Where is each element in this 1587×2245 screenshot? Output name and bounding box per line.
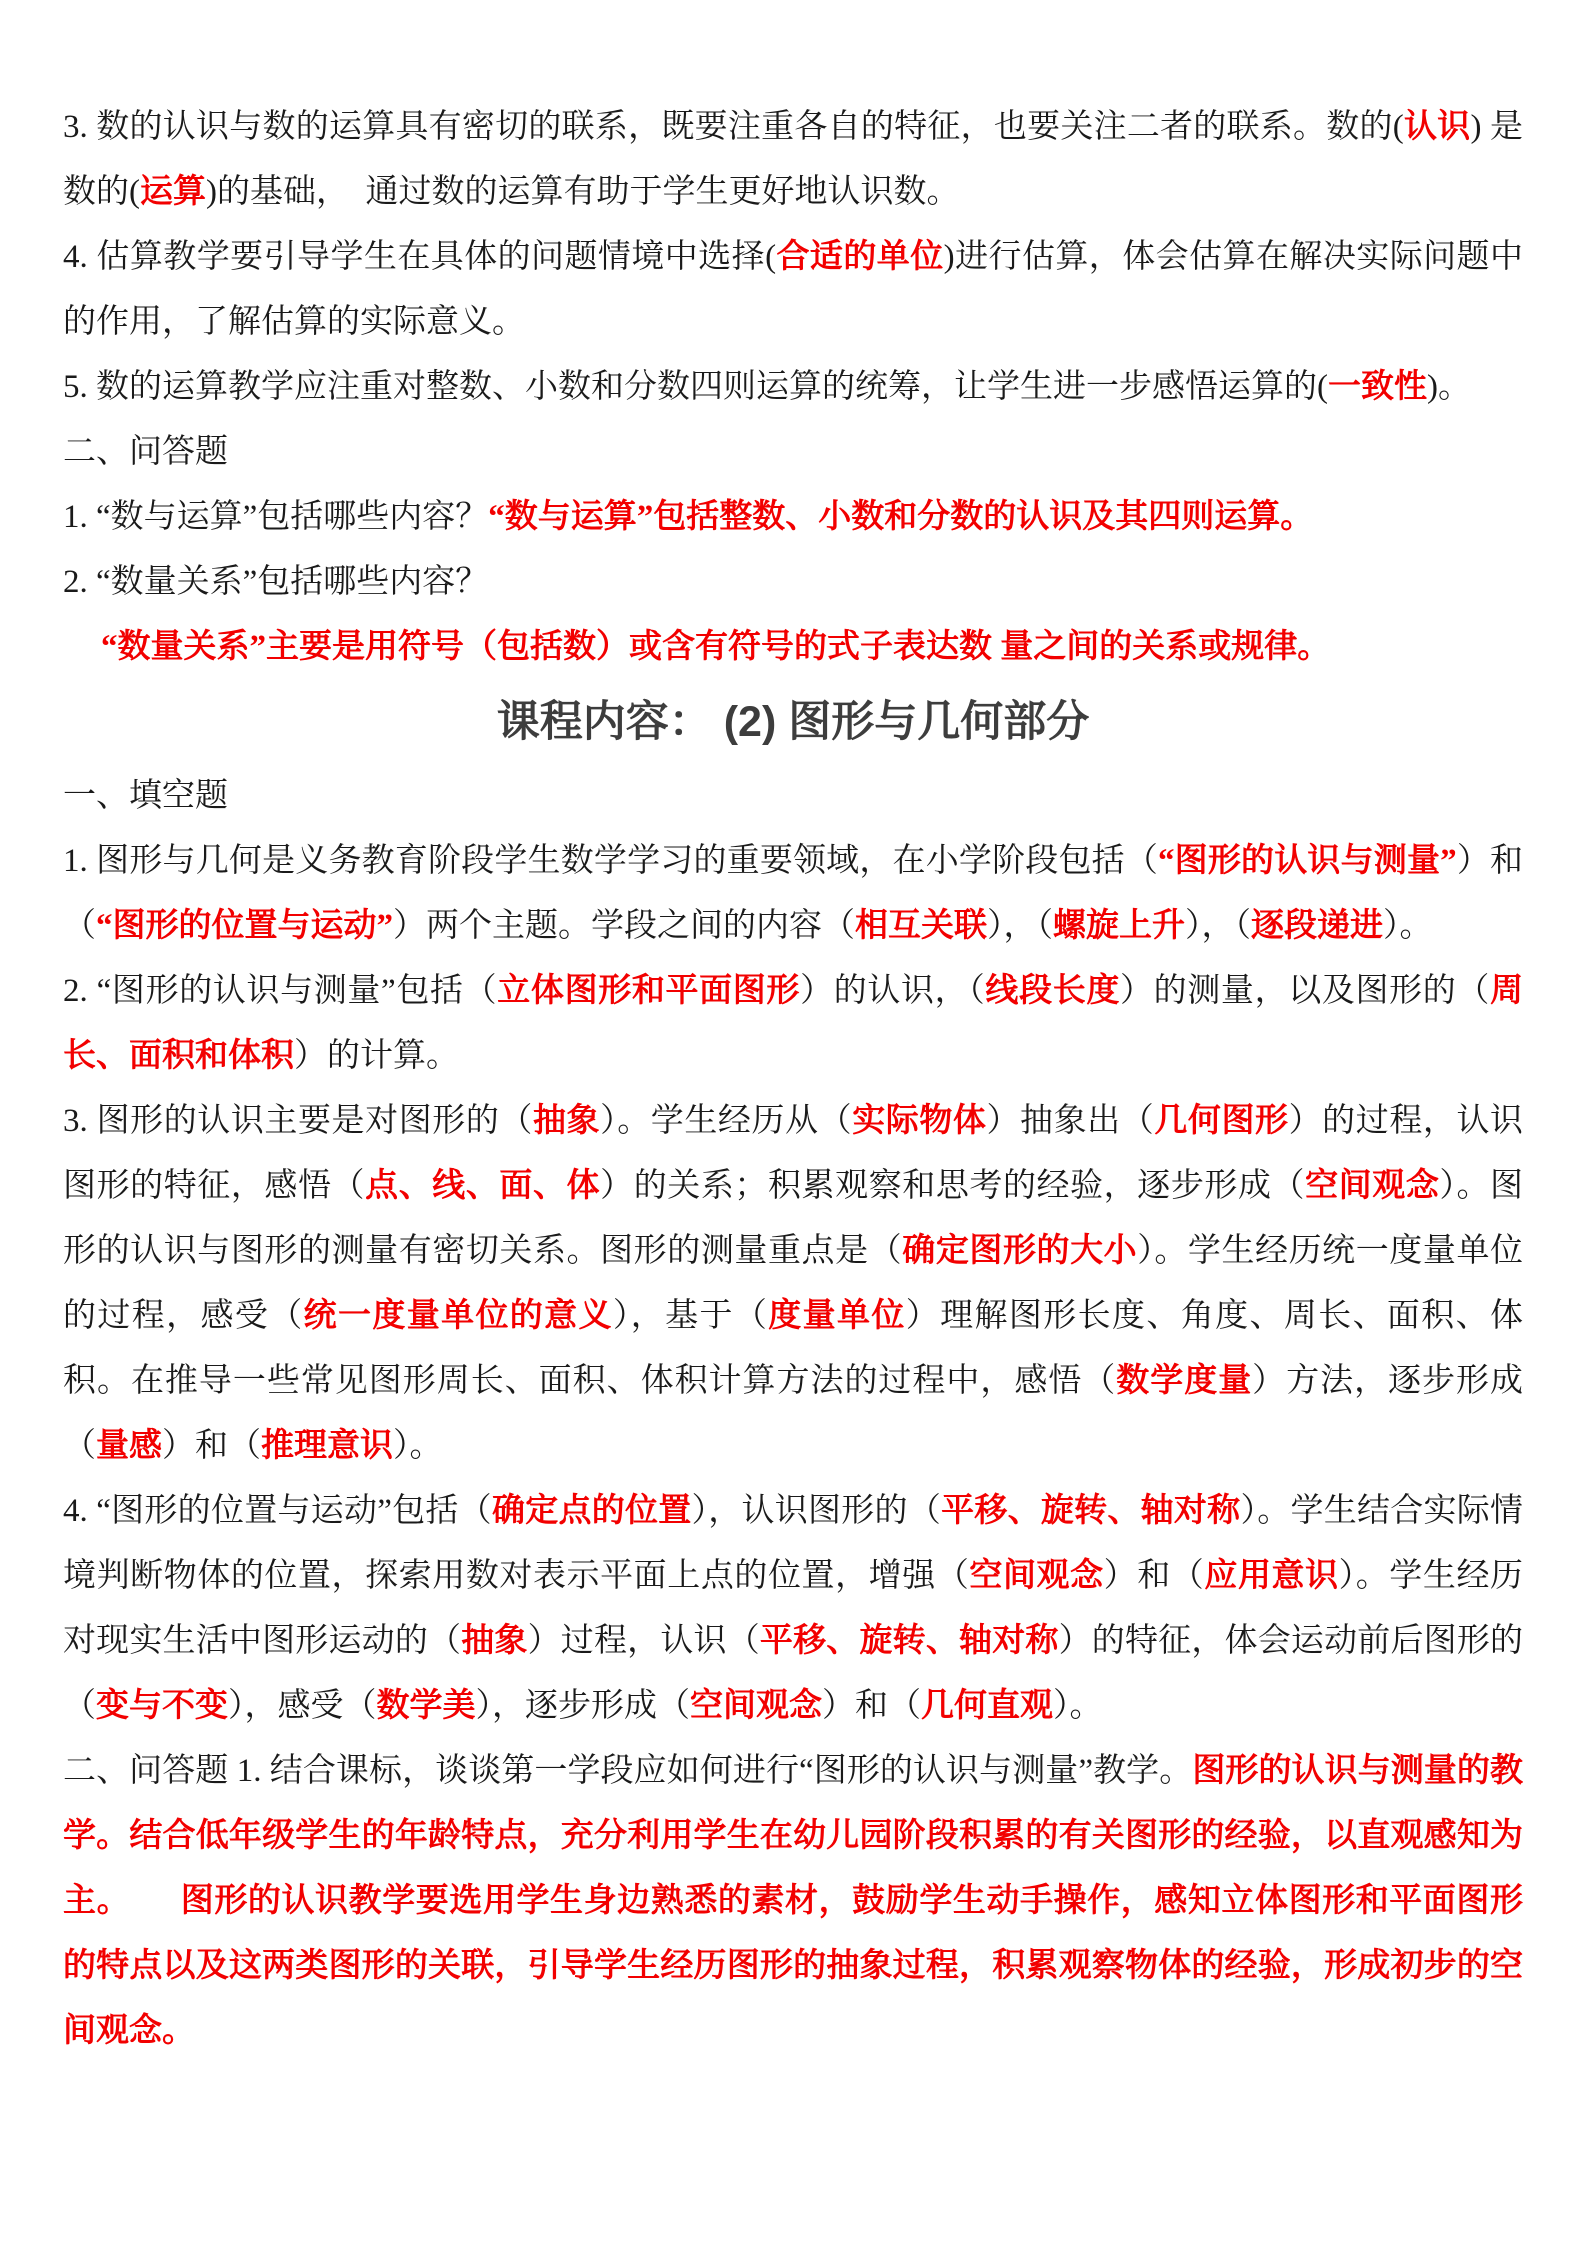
text-run: 确定点的位置 (492, 1493, 692, 1529)
text-run: ），认识图形的（ (692, 1493, 942, 1529)
text-run: 变与不变 (96, 1688, 228, 1724)
geo-qa-1-teaching-answer: 二、问答题 1. 结合课标，谈谈第一学段应如何进行“图形的认识与测量”教学。图形… (63, 1739, 1523, 2064)
section-title-geometry: 课程内容： (2) 图形与几何部分 (63, 682, 1523, 762)
text-run: )的基础， 通过数的运算有助于学生更好地认识数。 (206, 174, 960, 210)
text-run: 螺旋上升 (1053, 908, 1185, 944)
text-run: 认识 (1404, 109, 1471, 145)
text-run: 统一度量单位的意义 (304, 1298, 613, 1334)
text-run: 立体图形和平面图形 (497, 973, 800, 1009)
text-run: 4. “图形的位置与运动”包括（ (63, 1493, 492, 1529)
text-run: 课程内容： (2) 图形与几何部分 (497, 698, 1089, 746)
text-run: 一、填空题 (63, 778, 228, 814)
text-run: 推理意识 (261, 1428, 393, 1464)
geo-item-2-recognition-measurement: 2. “图形的认识与测量”包括（立体图形和平面图形）的认识，（线段长度）的测量，… (63, 959, 1523, 1089)
text-run: 抽象 (461, 1623, 527, 1659)
text-run: 5. 数的运算教学应注重对整数、小数和分数四则运算的统筹，让学生进一步感悟运算的… (63, 369, 1328, 405)
text-run: 1. “数与运算”包括哪些内容？ (63, 499, 488, 535)
text-run: ）。 (393, 1428, 443, 1464)
text-run: ）。 (1383, 908, 1433, 944)
item-5-operation-consistency: 5. 数的运算教学应注重对整数、小数和分数四则运算的统筹，让学生进一步感悟运算的… (63, 355, 1523, 420)
geo-item-1-themes: 1. 图形与几何是义务教育阶段学生数学学习的重要领域，在小学阶段包括（“图形的认… (63, 829, 1523, 959)
item-3-number-recognition-operations: 3. 数的认识与数的运算具有密切的联系，既要注重各自的特征，也要关注二者的联系。… (63, 95, 1523, 225)
text-run: ）的认识，（ (800, 973, 985, 1009)
text-run: ）。 (1053, 1688, 1103, 1724)
text-run: 1. 图形与几何是义务教育阶段学生数学学习的重要领域，在小学阶段包括（ (63, 843, 1158, 879)
text-run: 4. 估算教学要引导学生在具体的问题情境中选择( (63, 239, 776, 275)
text-run: ）两个主题。学段之间的内容（ (393, 908, 855, 944)
text-run: 空间观念 (690, 1688, 822, 1724)
item-4-estimation-teaching: 4. 估算教学要引导学生在具体的问题情境中选择(合适的单位)进行估算，体会估算在… (63, 225, 1523, 355)
geo-item-3-abstraction: 3. 图形的认识主要是对图形的（抽象）。学生经历从（实际物体）抽象出（几何图形）… (63, 1089, 1523, 1479)
text-run: ）和（ (822, 1688, 921, 1724)
text-run: ）的测量，以及图形的（ (1120, 973, 1490, 1009)
text-run: “图形的位置与运动” (96, 908, 393, 944)
qa-2-quantity-relations-answer: “数量关系”主要是用符号（包括数）或含有符号的式子表达数 量之间的关系或规律。 (63, 615, 1523, 680)
text-run: 几何图形 (1154, 1103, 1288, 1139)
text-run: ），感受（ (228, 1688, 377, 1724)
text-run: ），（ (1185, 908, 1251, 944)
document-page: 3. 数的认识与数的运算具有密切的联系，既要注重各自的特征，也要关注二者的联系。… (0, 0, 1587, 2064)
geo-item-4-position-motion: 4. “图形的位置与运动”包括（确定点的位置），认识图形的（平移、旋转、轴对称）… (63, 1479, 1523, 1739)
text-run: 图形的认识与测量的教学。结合低年级学生的年龄特点，充分利用学生在幼儿园阶段积累的… (63, 1753, 1523, 2049)
text-run: 运算 (140, 174, 206, 210)
text-run: 合适的单位 (776, 239, 944, 275)
text-run: 空间观念 (1305, 1168, 1439, 1204)
text-run: 度量单位 (768, 1298, 905, 1334)
text-run: 二、问答题 1. 结合课标，谈谈第一学段应如何进行“图形的认识与测量”教学。 (63, 1753, 1192, 1789)
text-run: )。 (1427, 369, 1471, 405)
text-run: 平移、旋转、轴对称 (941, 1493, 1240, 1529)
text-run: ）过程，认识（ (528, 1623, 760, 1659)
text-run: 相互关联 (855, 908, 987, 944)
text-run: 点、线、面、体 (365, 1168, 600, 1204)
text-run: 逐段递进 (1251, 908, 1383, 944)
text-run: ）的关系；积累观察和思考的经验，逐步形成（ (600, 1168, 1305, 1204)
text-run: 量感 (96, 1428, 162, 1464)
text-run: 实际物体 (852, 1103, 986, 1139)
section-qa-label: 二、问答题 (63, 420, 1523, 485)
text-run: 2. “图形的认识与测量”包括（ (63, 973, 497, 1009)
qa-2-quantity-relations-question: 2. “数量关系”包括哪些内容？ (63, 550, 1523, 615)
text-run: “数与运算”包括整数、小数和分数的认识及其四则运算。 (488, 499, 1313, 535)
text-run: 平移、旋转、轴对称 (760, 1623, 1059, 1659)
text-run: 应用意识 (1204, 1558, 1338, 1594)
text-run: 3. 数的认识与数的运算具有密切的联系，既要注重各自的特征，也要关注二者的联系。… (63, 109, 1404, 145)
text-run: “数量关系”主要是用符号（包括数）或含有符号的式子表达数 量之间的关系或规律。 (101, 629, 1330, 665)
text-run: 2. “数量关系”包括哪些内容？ (63, 564, 488, 600)
text-run: ），基于（ (613, 1298, 768, 1334)
text-run: 二、问答题 (63, 434, 228, 470)
text-run: ）的计算。 (294, 1038, 459, 1074)
text-run: 确定图形的大小 (902, 1233, 1137, 1269)
text-run: 一致性 (1328, 369, 1427, 405)
text-run: 数学度量 (1116, 1363, 1252, 1399)
qa-1-number-and-operations: 1. “数与运算”包括哪些内容？“数与运算”包括整数、小数和分数的认识及其四则运… (63, 485, 1523, 550)
text-run: 数学美 (377, 1688, 476, 1724)
text-run: 线段长度 (985, 973, 1120, 1009)
section-fill-blank-label: 一、填空题 (63, 764, 1523, 829)
text-run: ）和（ (1104, 1558, 1205, 1594)
text-run: ），逐步形成（ (476, 1688, 691, 1724)
text-run: 3. 图形的认识主要是对图形的（ (63, 1103, 533, 1139)
text-run: ）。学生经历从（ (600, 1103, 852, 1139)
text-run: ）抽象出（ (986, 1103, 1154, 1139)
text-run: 几何直观 (921, 1688, 1053, 1724)
text-run: ），（ (987, 908, 1053, 944)
text-run: 空间观念 (969, 1558, 1103, 1594)
text-run: 抽象 (533, 1103, 600, 1139)
text-run: ）和（ (162, 1428, 261, 1464)
text-run: “图形的认识与测量” (1158, 843, 1457, 879)
